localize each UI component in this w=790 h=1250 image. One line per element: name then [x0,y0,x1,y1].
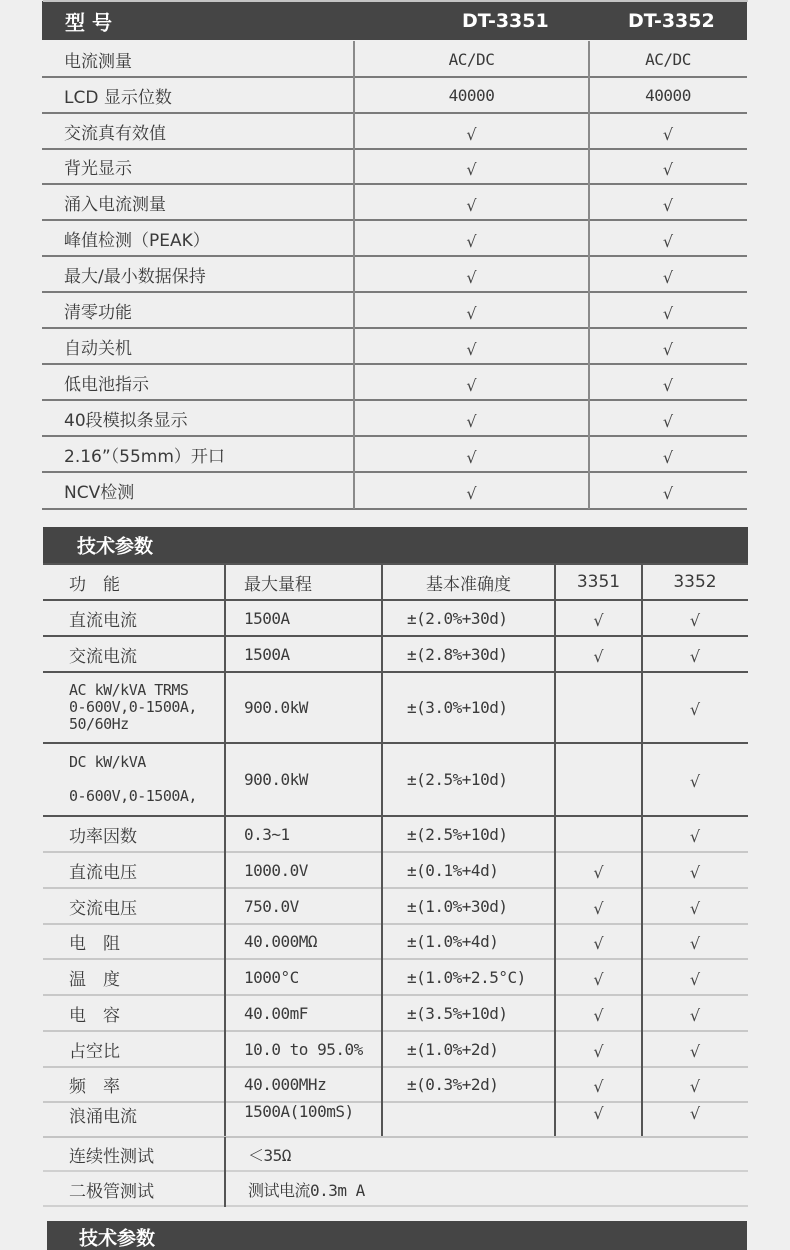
max-range-value: 900.0kW [225,672,382,743]
check-mark-icon: √ [642,602,748,638]
check-mark-icon: √ [354,295,589,331]
check-mark-icon: √ [555,854,642,890]
accuracy-value: ±(2.8%+30d) [382,636,555,672]
function-label: 浪涌电流 [43,1102,225,1127]
check-mark-icon: √ [354,187,589,223]
feature-label: 清零功能 [42,292,354,328]
check-mark-icon: √ [589,331,747,367]
check-mark-icon: √ [354,116,589,152]
check-mark-icon: √ [555,926,642,961]
function-label: 直流电流 [43,600,225,636]
max-range-value: 40.000MHz [225,1067,382,1102]
model-header-bar: 型 号DT-3351DT-3352 [42,1,747,40]
max-range-value: 40.000MΩ [225,924,382,959]
max-range-value: 1500A [225,636,382,672]
check-mark-icon: √ [642,674,748,745]
check-mark-icon: √ [354,367,589,403]
function-label: 电 阻 [43,924,225,959]
check-mark-icon: √ [354,475,589,512]
col-header-max-range: 最大量程 [225,564,382,600]
check-mark-icon: √ [642,1069,748,1104]
span-value: ＜35Ω [225,1137,748,1172]
check-mark-icon: √ [642,818,748,854]
accuracy-value: ±(3.0%+10d) [382,672,555,743]
function-label: AC kW/kVA TRMS 0-600V,0-1500A, 50/60Hz [43,672,225,743]
tech-params-header-bar-2: 技术参数 [47,1221,747,1250]
function-label: 二极管测试 [43,1172,225,1207]
column-divider [554,563,556,1137]
accuracy-value: ±(2.0%+30d) [382,600,555,636]
max-range-value: 10.0 to 95.0% [225,1031,382,1067]
function-label: 占空比 [43,1031,225,1067]
column-divider [641,563,643,1137]
accuracy-value: ±(1.0%+2.5°C) [382,959,555,995]
model-header-title: 型 号 [65,6,112,35]
feature-label: 峰值检测（PEAK） [42,220,354,256]
check-mark-icon: √ [642,926,748,961]
function-label: 交流电流 [43,636,225,672]
check-mark-icon: √ [555,961,642,997]
check-mark-icon: √ [555,1033,642,1069]
function-label: 交流电压 [43,888,225,924]
max-range-value: 750.0V [225,888,382,924]
feature-label: 自动关机 [42,328,354,364]
function-label: 电 容 [43,995,225,1031]
max-range-value: 0.3~1 [225,816,382,852]
feature-label: 低电池指示 [42,364,354,400]
model-col-dt3352: DT-3352 [628,10,715,32]
accuracy-value: ±(2.5%+10d) [382,816,555,852]
accuracy-value: ±(2.5%+10d) [382,743,555,816]
accuracy-value: ±(1.0%+2d) [382,1031,555,1067]
function-label: 功率因数 [43,816,225,852]
check-mark-icon: √ [555,638,642,674]
feature-label: 电流测量 [42,41,354,77]
check-mark-icon: √ [589,259,747,295]
check-mark-icon: √ [354,331,589,367]
check-mark-icon: √ [555,997,642,1033]
span-value: 测试电流0.3m A [225,1172,748,1207]
feature-value-dt3351: AC/DC [354,41,589,77]
max-range-value: 40.00mF [225,995,382,1031]
row-divider [43,1205,748,1207]
feature-label: 交流真有效值 [42,113,354,149]
accuracy-value: ±(0.1%+4d) [382,852,555,888]
check-mark-icon: √ [354,403,589,439]
check-mark-icon: √ [354,439,589,475]
function-label: DC kW/kVA 0-600V,0-1500A, [43,743,225,816]
col-header-function: 功 能 [43,564,225,600]
check-mark-icon: √ [589,187,747,223]
column-divider [381,563,383,1137]
function-label: 连续性测试 [43,1137,225,1172]
col-header-accuracy: 基本准确度 [382,564,555,600]
feature-label: 涌入电流测量 [42,184,354,220]
check-mark-icon: √ [555,890,642,926]
column-divider [224,1137,226,1207]
function-label: 直流电压 [43,852,225,888]
check-mark-icon: √ [642,854,748,890]
check-mark-icon: √ [589,439,747,475]
check-mark-icon: √ [354,223,589,259]
model-col-dt3351: DT-3351 [462,10,549,32]
row-divider [42,508,747,510]
check-mark-icon: √ [589,223,747,259]
tech-params-title: 技术参数 [77,532,153,559]
feature-label: 背光显示 [42,149,354,184]
max-range-value: 1500A(100mS) [225,1102,382,1121]
empty-cell [555,745,642,818]
feature-label: 2.16”（55mm）开口 [42,436,354,472]
feature-label: NCV检测 [42,472,354,509]
check-mark-icon: √ [642,745,748,818]
column-divider [353,41,355,509]
function-label: 温 度 [43,959,225,995]
check-mark-icon: √ [589,152,747,187]
column-divider [224,563,226,1137]
empty-cell [555,818,642,854]
feature-label: 40段模拟条显示 [42,400,354,436]
check-mark-icon: √ [589,475,747,512]
tech-params-title-2: 技术参数 [79,1224,155,1250]
accuracy-value: ±(3.5%+10d) [382,995,555,1031]
max-range-value: 1000°C [225,959,382,995]
check-mark-icon: √ [589,403,747,439]
check-mark-icon: √ [555,1104,642,1123]
max-range-value: 1500A [225,600,382,636]
max-range-value: 900.0kW [225,743,382,816]
feature-value-dt3352: AC/DC [589,41,747,77]
tech-params-header-bar: 技术参数 [43,527,748,563]
column-divider [588,41,590,509]
check-mark-icon: √ [555,1069,642,1104]
check-mark-icon: √ [642,1104,748,1123]
check-mark-icon: √ [589,116,747,152]
max-range-value: 1000.0V [225,852,382,888]
check-mark-icon: √ [642,961,748,997]
check-mark-icon: √ [354,152,589,187]
feature-value-dt3352: 40000 [589,77,747,113]
check-mark-icon: √ [589,367,747,403]
feature-label: LCD 显示位数 [42,77,354,113]
col-header-3352: 3352 [642,564,748,600]
empty-cell [555,674,642,745]
accuracy-value: ±(1.0%+4d) [382,924,555,959]
accuracy-value: ±(1.0%+30d) [382,888,555,924]
accuracy-value: ±(0.3%+2d) [382,1067,555,1102]
check-mark-icon: √ [555,602,642,638]
check-mark-icon: √ [642,997,748,1033]
check-mark-icon: √ [589,295,747,331]
check-mark-icon: √ [642,1033,748,1069]
function-label: 频 率 [43,1067,225,1102]
check-mark-icon: √ [642,638,748,674]
check-mark-icon: √ [642,890,748,926]
col-header-3351: 3351 [555,564,642,600]
feature-value-dt3351: 40000 [354,77,589,113]
check-mark-icon: √ [354,259,589,295]
feature-label: 最大/最小数据保持 [42,256,354,292]
row-divider [43,0,748,2]
